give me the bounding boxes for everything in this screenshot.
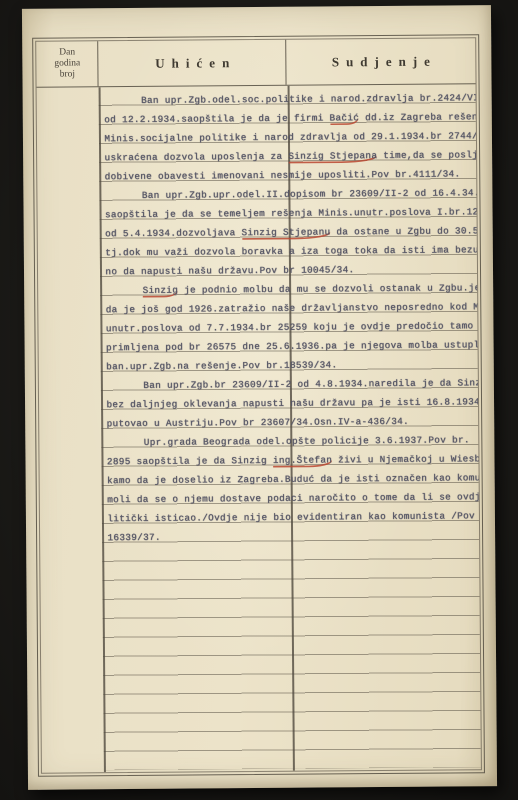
record-table-frame: Dan godina broj Uhićen Sudjenje Ban upr.… — [32, 34, 485, 776]
red-underline-annotation: Sinzig Stjepanu — [241, 226, 330, 238]
red-underline-annotation: Bačić — [329, 112, 359, 123]
typewritten-line: litički isticao./Ovdje nije bio evidenti… — [107, 506, 480, 528]
typewritten-line: 16339/37. — [107, 525, 480, 547]
typewritten-line: primljena pod br 26575 dne 25.6.1936.pa … — [106, 335, 481, 357]
header-col-date-line2: godina — [54, 59, 80, 70]
header-col-date-line1: Dan — [59, 48, 75, 59]
header-col-trial-label: Sudjenje — [325, 53, 437, 70]
red-underline-annotation: Sinzig Stjepana — [288, 150, 377, 162]
header-col-date-line3: broj — [60, 70, 75, 81]
typewritten-line: tj.dok mu važi dozvola boravka a iza tog… — [105, 240, 480, 262]
typewritten-text: Ban upr.Zgb.odel.soc.politike i narod.zd… — [104, 88, 481, 547]
document-paper: Dan godina broj Uhićen Sudjenje Ban upr.… — [22, 5, 497, 790]
table-header: Dan godina broj Uhićen Sudjenje — [37, 39, 476, 88]
record-table-inner-border: Dan godina broj Uhićen Sudjenje Ban upr.… — [36, 38, 482, 774]
header-col-arrested: Uhićen — [99, 40, 287, 86]
red-underline-annotation: ing.Štefan — [273, 454, 332, 465]
header-col-date: Dan godina broj — [37, 42, 99, 87]
header-col-arrested-label: Uhićen — [148, 55, 236, 72]
red-underline-annotation: Sinzig — [143, 285, 179, 296]
typewritten-line: bez daljnjeg oklevanja napusti našu drža… — [106, 392, 480, 414]
table-body: Ban upr.Zgb.odel.soc.politike i narod.zd… — [37, 85, 481, 773]
header-col-trial: Sudjenje — [287, 39, 476, 85]
photo-background: { "page": { "background_color": "#1b1a17… — [0, 0, 518, 800]
